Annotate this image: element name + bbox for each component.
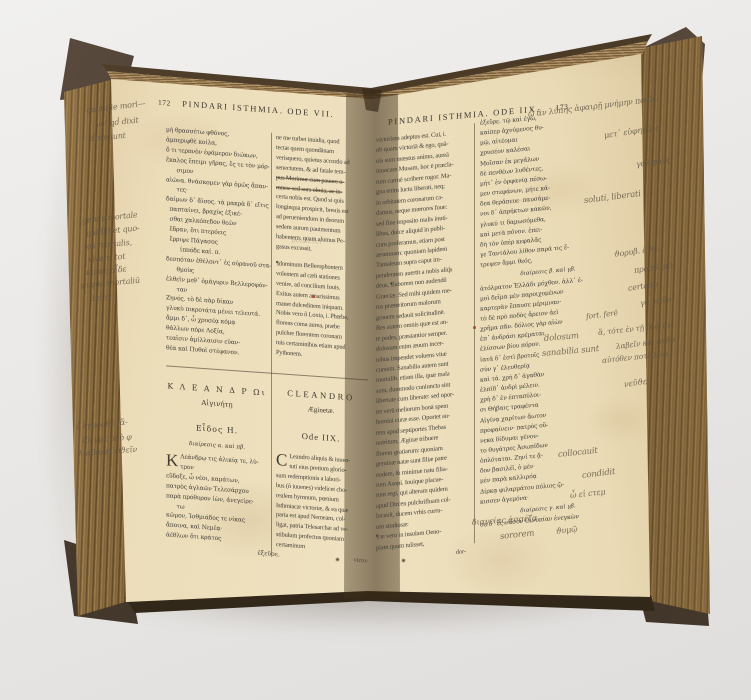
ode8-greek-text: Κ Λεάνδρῳ τις ἁλικίᾳ τε, λύ-τρονεὔδοξε, … [166, 451, 270, 547]
ode8-latin-dedicatee: Æginetæ. [274, 403, 368, 418]
latin-translation-column: victoriam adeptus est. Cui, i.ob quam vi… [376, 127, 472, 554]
ode8-latin-title: CLEANDRO [274, 387, 368, 404]
greek-text-column: μὴ θρασσέτω φθόνος,ἀμπεριφθὲ κοίλα,ὅ τι … [166, 125, 268, 360]
ode8-greek-dedicatee: Αἰγινήτῃ [166, 396, 268, 411]
right-page-content: PINDARI ISTHMIA. ODE IIX. 173 victoriam … [374, 94, 646, 588]
left-page-content: 172 PINDARI ISTHMIA. ODE VII. μὴ θρασσέτ… [118, 88, 368, 621]
column-divider [271, 133, 272, 555]
greek-drop-cap: Κ [166, 451, 180, 469]
ode8-greek-title: Κ Λ Ε Α Ν Δ Ρ Ωι [166, 381, 268, 397]
latin-translation-column: ne me turbet inuidia, quodtectat quem qu… [276, 133, 368, 364]
column-divider [474, 123, 475, 543]
ode8-greek-lines: Λεάνδρῳ τις ἁλικίᾳ τε, λύ-τρονεὔδοξε, ὦ … [166, 451, 270, 547]
running-title: PINDARI ISTHMIA. ODE VII. [182, 98, 334, 119]
ode8-greek-ode-label: Εἶδος Η. [166, 421, 268, 437]
greek-text-column: ἐξεῦρε. τῷ καὶ ἐγὼ,καίπερ ἀχνύμενος θυ-μ… [480, 107, 616, 531]
photo-of-open-antique-book: 172 PINDARI ISTHMIA. ODE VII. μὴ θρασσέτ… [0, 0, 751, 700]
latin-paragraph-2: ¶dominum Bellerophontemvolentem ad cæli … [276, 259, 368, 364]
page-number: 172 [158, 98, 171, 108]
red-ink-dot [473, 326, 476, 329]
ode8-latin-ode-label: Ode IIX. [274, 429, 368, 446]
red-ink-dot [312, 295, 315, 298]
ode8-greek-division: διαίρεσις α. καὶ πβ. [166, 439, 268, 452]
ode8-latin-lines: Leandro aliquis & iuuen-tuti eius pretiu… [276, 451, 368, 556]
latin-drop-cap: C [276, 451, 289, 469]
signature-mark [402, 559, 405, 562]
signature-mark [336, 558, 339, 561]
section-rule [166, 365, 368, 380]
ode8-latin-text: C Leandro aliquis & iuuen-tuti eius pret… [276, 451, 368, 556]
latin-paragraph-1: ne me turbet inuidia, quodtectat quem qu… [276, 133, 368, 258]
